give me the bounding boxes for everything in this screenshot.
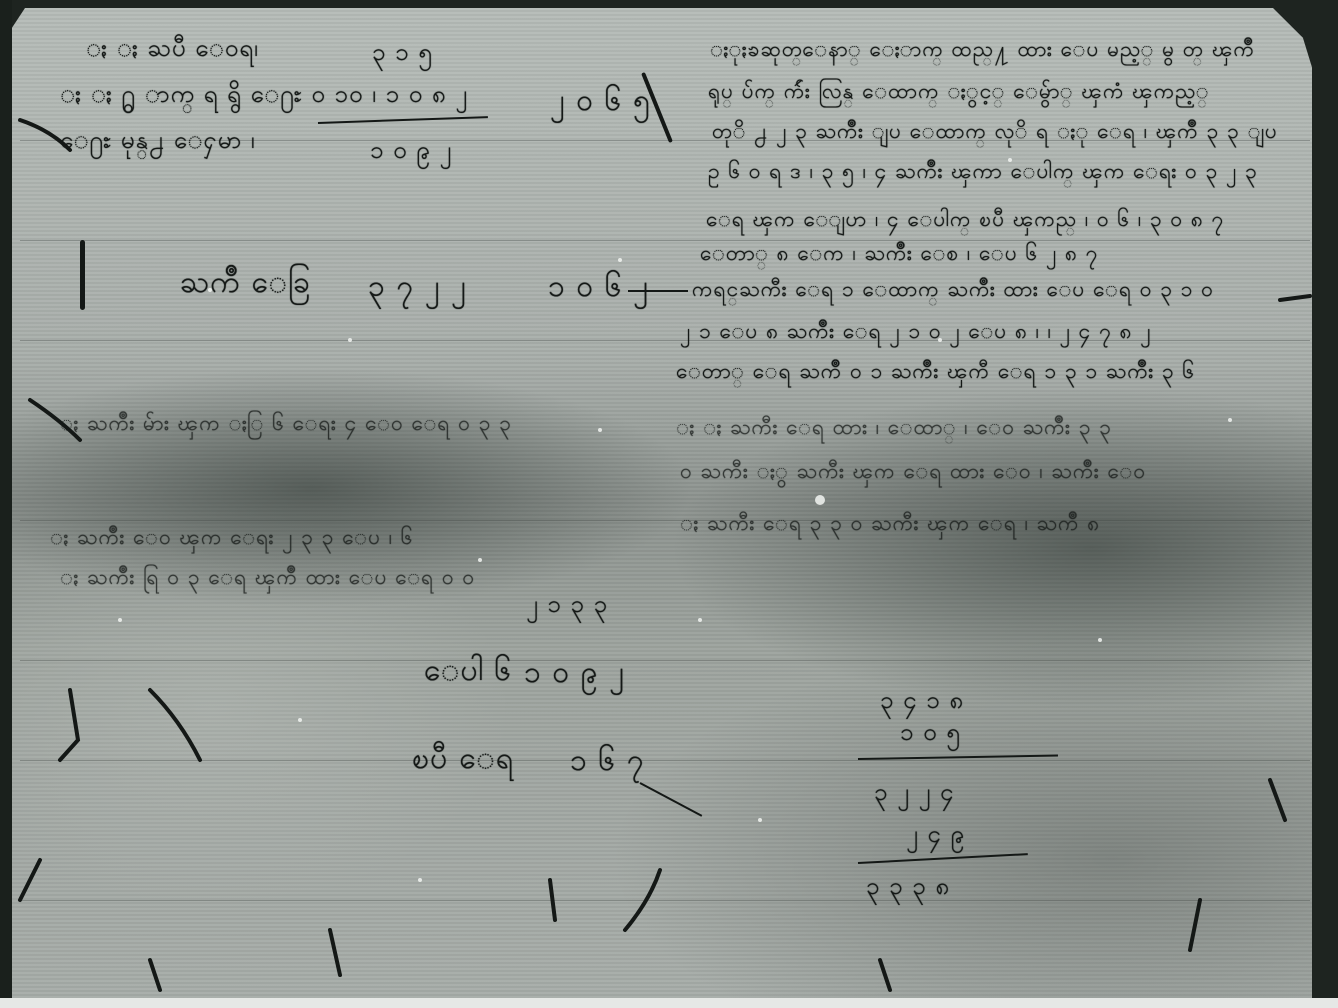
surface-marks [0, 0, 1338, 1008]
